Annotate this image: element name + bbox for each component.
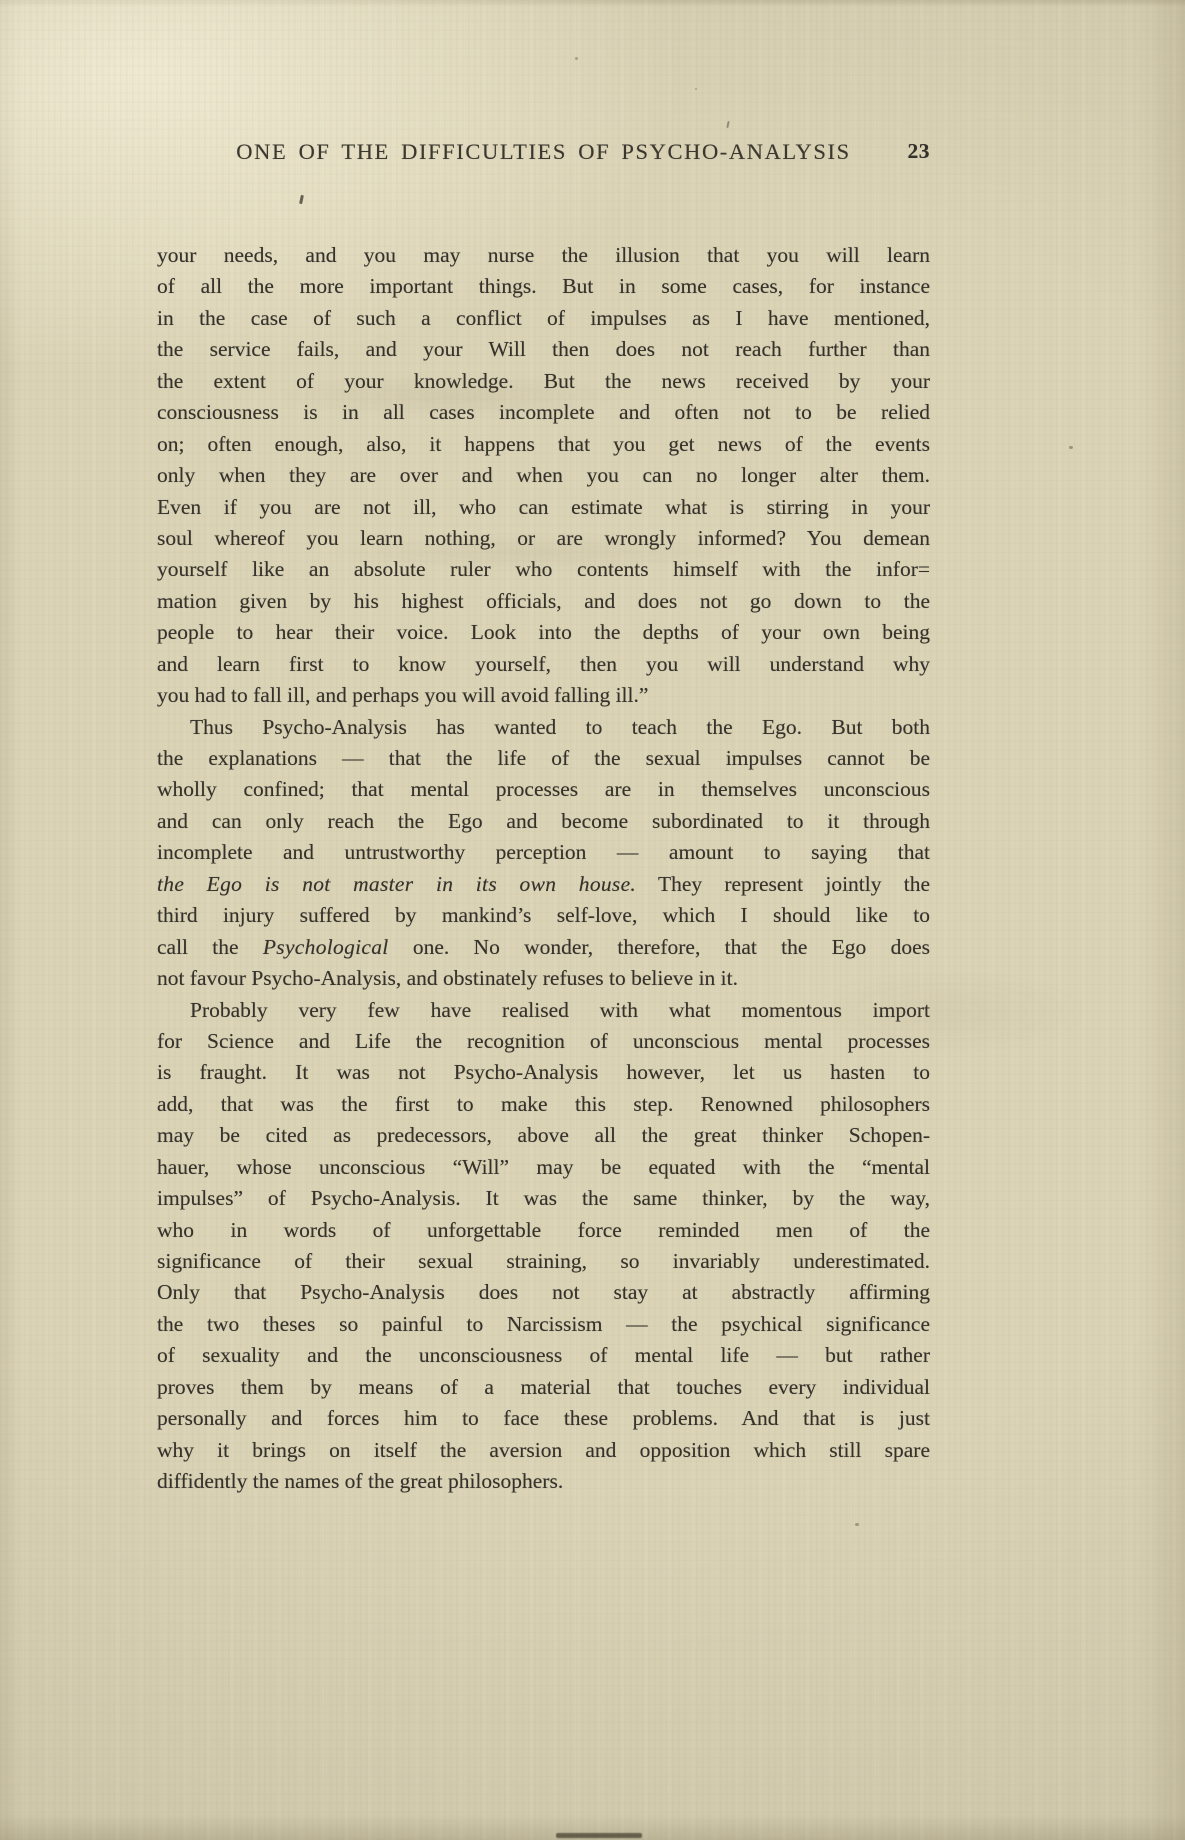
- text-line: significance of their sexual straining, …: [157, 1246, 930, 1277]
- text-line: why it brings on itself the aversion and…: [157, 1435, 930, 1466]
- text-line: for Science and Life the recognition of …: [157, 1026, 930, 1057]
- running-header: ONE OF THE DIFFICULTIES OF PSYCHO-ANALYS…: [157, 139, 930, 169]
- book-page-scan: ONE OF THE DIFFICULTIES OF PSYCHO-ANALYS…: [0, 0, 1185, 1840]
- text-line: the two theses so painful to Narcissism …: [157, 1309, 930, 1340]
- text-line: your needs, and you may nurse the illusi…: [157, 240, 930, 271]
- ink-speck: [695, 88, 697, 90]
- text-line: you had to fall ill, and perhaps you wil…: [157, 680, 930, 711]
- text-line: add, that was the first to make this ste…: [157, 1089, 930, 1120]
- text-line: consciousness is in all cases incomplete…: [157, 397, 930, 428]
- text-line: soul whereof you learn nothing, or are w…: [157, 523, 930, 554]
- text-line: third injury suffered by mankind’s self-…: [157, 900, 930, 931]
- text-line: Thus Psycho-Analysis has wanted to teach…: [157, 712, 930, 743]
- ink-speck: [726, 121, 729, 128]
- text-line: of sexuality and the unconsciousness of …: [157, 1340, 930, 1371]
- text-line: and learn first to know yourself, then y…: [157, 649, 930, 680]
- text-line: the Ego is not master in its own house. …: [157, 869, 930, 900]
- text-line: Even if you are not ill, who can estimat…: [157, 492, 930, 523]
- text-line: wholly confined; that mental processes a…: [157, 774, 930, 805]
- text-line: call the Psychological one. No wonder, t…: [157, 932, 930, 963]
- text-line: the explanations — that the life of the …: [157, 743, 930, 774]
- text-line: and can only reach the Ego and become su…: [157, 806, 930, 837]
- text-line: mation given by his highest officials, a…: [157, 586, 930, 617]
- ink-speck: [575, 57, 578, 60]
- scan-edge-mark: [556, 1833, 642, 1838]
- text-line: proves them by means of a material that …: [157, 1372, 930, 1403]
- text-line: not favour Psycho-Analysis, and obstinat…: [157, 963, 930, 994]
- text-line: people to hear their voice. Look into th…: [157, 617, 930, 648]
- text-line: impulses” of Psycho-Analysis. It was the…: [157, 1183, 930, 1214]
- text-block: your needs, and you may nurse the illusi…: [157, 240, 930, 1498]
- text-line: the extent of your knowledge. But the ne…: [157, 366, 930, 397]
- text-line: is fraught. It was not Psycho-Analysis h…: [157, 1057, 930, 1088]
- ink-speck: [299, 195, 304, 204]
- text-line: of all the more important things. But in…: [157, 271, 930, 302]
- text-line: who in words of unforgettable force remi…: [157, 1215, 930, 1246]
- text-line: personally and forces him to face these …: [157, 1403, 930, 1434]
- text-line: on; often enough, also, it happens that …: [157, 429, 930, 460]
- text-line: the service fails, and your Will then do…: [157, 334, 930, 365]
- text-line: incomplete and untrustworthy perception …: [157, 837, 930, 868]
- text-line: in the case of such a conflict of impuls…: [157, 303, 930, 334]
- text-line: diffidently the names of the great philo…: [157, 1466, 930, 1497]
- text-line: may be cited as predecessors, above all …: [157, 1120, 930, 1151]
- text-line: only when they are over and when you can…: [157, 460, 930, 491]
- ink-speck: [855, 1523, 859, 1526]
- ink-speck: [1069, 446, 1073, 449]
- text-line: yourself like an absolute ruler who cont…: [157, 554, 930, 585]
- text-line: Probably very few have realised with wha…: [157, 995, 930, 1026]
- text-line: Only that Psycho-Analysis does not stay …: [157, 1277, 930, 1308]
- page-title: ONE OF THE DIFFICULTIES OF PSYCHO-ANALYS…: [157, 139, 930, 165]
- page-number: 23: [908, 139, 931, 164]
- text-line: hauer, whose unconscious “Will” may be e…: [157, 1152, 930, 1183]
